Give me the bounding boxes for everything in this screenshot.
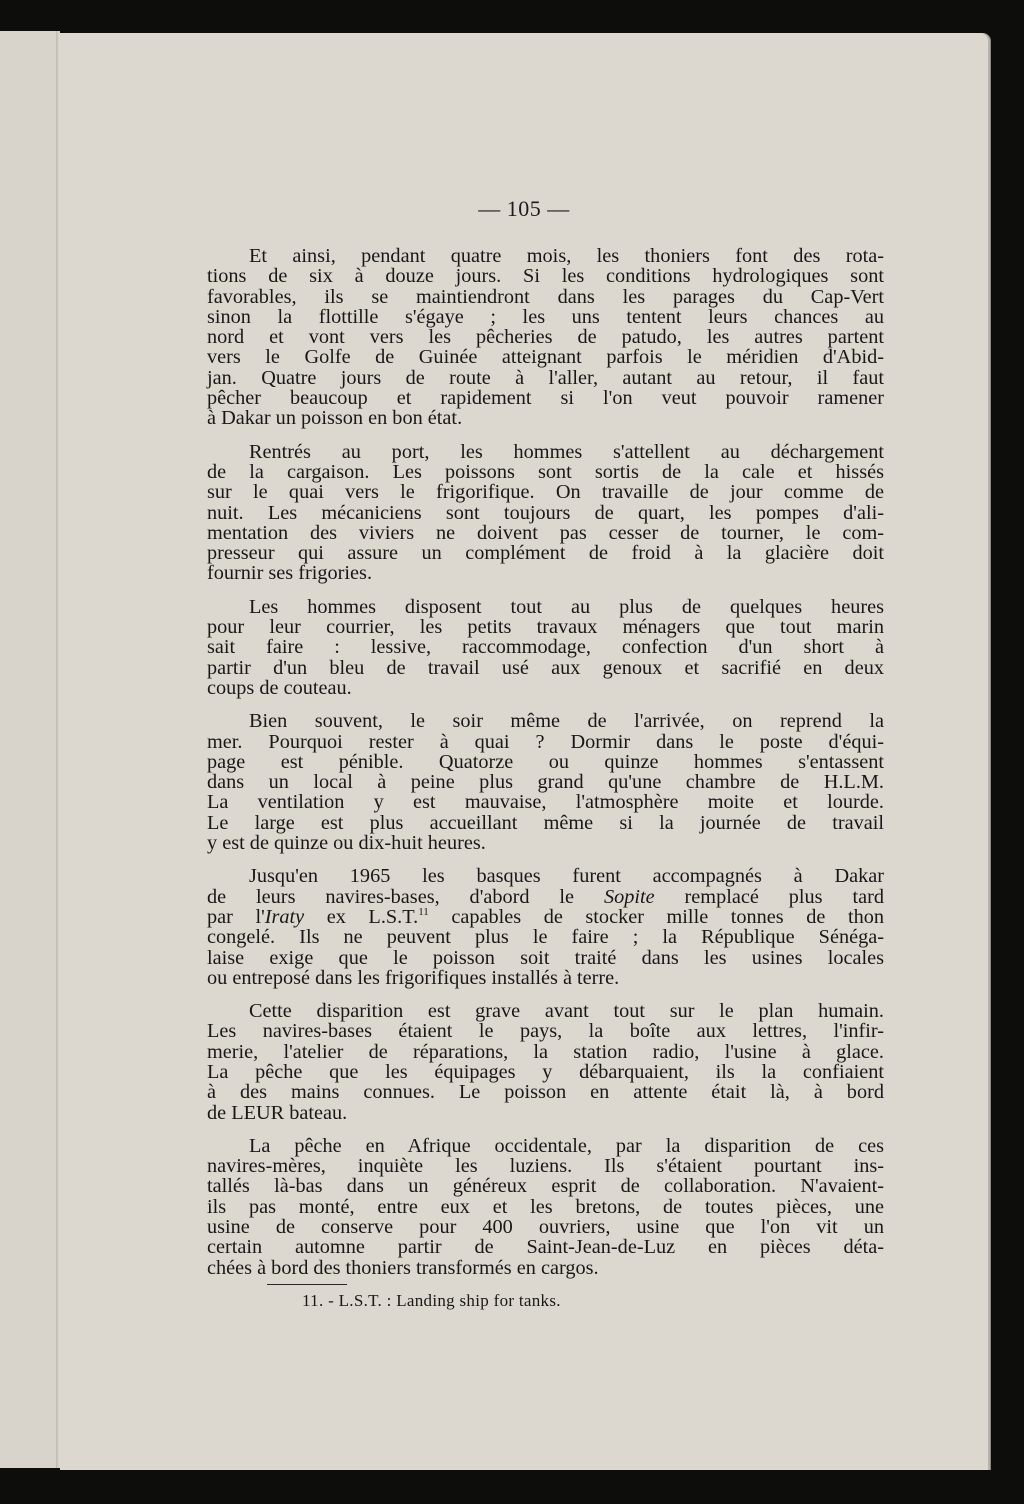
- text-line: nuit. Les mécaniciens sont toujours de q…: [207, 503, 884, 523]
- text-line: à Dakar un poisson en bon état.: [207, 408, 884, 428]
- text-line: laise exige que le poisson soit traité d…: [207, 948, 884, 968]
- paragraph-4: Bien souvent, le soir même de l'arrivée,…: [207, 711, 884, 853]
- text-line: page est pénible. Quatorze ou quinze hom…: [207, 752, 884, 772]
- paragraph-2: Rentrés au port, les hommes s'attellent …: [207, 442, 884, 584]
- text-line: à des mains connues. Le poisson en atten…: [207, 1082, 884, 1102]
- text-line: de leurs navires-bases, d'abord le Sopit…: [207, 887, 884, 907]
- text-line: vers le Golfe de Guinée atteignant parfo…: [207, 347, 884, 367]
- text-line: La pêche en Afrique occidentale, par la …: [207, 1136, 884, 1156]
- paragraph-5: Jusqu'en 1965 les basques furent accompa…: [207, 866, 884, 988]
- text-line: dans un local à peine plus grand qu'une …: [207, 772, 884, 792]
- text-line: Rentrés au port, les hommes s'attellent …: [207, 442, 884, 462]
- text-line: pour leur courrier, les petits travaux m…: [207, 617, 884, 637]
- paragraph-3: Les hommes disposent tout au plus de que…: [207, 597, 884, 698]
- footnote-reference: 11: [418, 906, 429, 918]
- text-line: Cette disparition est grave avant tout s…: [207, 1001, 884, 1021]
- body-text: Et ainsi, pendant quatre mois, les thoni…: [207, 246, 884, 1291]
- text-line: de LEUR bateau.: [207, 1103, 884, 1123]
- text-line: navires-mères, inquiète les luziens. Ils…: [207, 1156, 884, 1176]
- text-line: fournir ses frigories.: [207, 563, 884, 583]
- text-line: sinon la flottille s'égaye ; les uns ten…: [207, 307, 884, 327]
- text-line: y est de quinze ou dix-huit heures.: [207, 833, 884, 853]
- page-number: — 105 —: [60, 196, 988, 222]
- text-line: Le large est plus accueillant même si la…: [207, 813, 884, 833]
- text-line: mentation des viviers ne doivent pas ces…: [207, 523, 884, 543]
- text-line: Jusqu'en 1965 les basques furent accompa…: [207, 866, 884, 886]
- text-line: presseur qui assure un complément de fro…: [207, 543, 884, 563]
- text-line: sait faire : lessive, raccommodage, conf…: [207, 637, 884, 657]
- footnote: 11. - L.S.T. : Landing ship for tanks.: [302, 1291, 561, 1311]
- text-line: certain automne partir de Saint-Jean-de-…: [207, 1237, 884, 1257]
- text-line: coups de couteau.: [207, 678, 884, 698]
- paragraph-1: Et ainsi, pendant quatre mois, les thoni…: [207, 246, 884, 429]
- text-line: usine de conserve pour 400 ouvriers, usi…: [207, 1217, 884, 1237]
- book-page: — 105 — Et ainsi, pendant quatre mois, l…: [60, 33, 988, 1470]
- text-line: mer. Pourquoi rester à quai ? Dormir dan…: [207, 732, 884, 752]
- text-line: Les navires-bases étaient le pays, la bo…: [207, 1021, 884, 1041]
- text-line: favorables, ils se maintiendront dans le…: [207, 287, 884, 307]
- text-line: ou entreposé dans les frigorifiques inst…: [207, 968, 884, 988]
- text-line: tions de six à douze jours. Si les condi…: [207, 266, 884, 286]
- text-line: tallés là-bas dans un généreux esprit de…: [207, 1176, 884, 1196]
- text-line: partir d'un bleu de travail usé aux geno…: [207, 658, 884, 678]
- text-line: congelé. Ils ne peuvent plus le faire ; …: [207, 927, 884, 947]
- text-line: pêcher beaucoup et rapidement si l'on ve…: [207, 388, 884, 408]
- facing-page-edge: [0, 31, 60, 1468]
- ship-name-sopite: Sopite: [604, 886, 655, 908]
- text-line: merie, l'atelier de réparations, la stat…: [207, 1042, 884, 1062]
- text-line: ils pas monté, entre eux et les bretons,…: [207, 1197, 884, 1217]
- text-line: jan. Quatre jours de route à l'aller, au…: [207, 368, 884, 388]
- text-line: La ventilation y est mauvaise, l'atmosph…: [207, 792, 884, 812]
- paragraph-6: Cette disparition est grave avant tout s…: [207, 1001, 884, 1123]
- text-line: par l'Iraty ex L.S.T.11 capables de stoc…: [207, 907, 884, 927]
- text-line: sur le quai vers le frigorifique. On tra…: [207, 482, 884, 502]
- footnote-separator: [267, 1284, 347, 1285]
- text-line: chées à bord des thoniers transformés en…: [207, 1258, 884, 1278]
- text-line: Les hommes disposent tout au plus de que…: [207, 597, 884, 617]
- text-line: Bien souvent, le soir même de l'arrivée,…: [207, 711, 884, 731]
- ship-name-iraty: Iraty: [265, 906, 304, 928]
- text-line: nord et vont vers les pêcheries de patud…: [207, 327, 884, 347]
- text-line: Et ainsi, pendant quatre mois, les thoni…: [207, 246, 884, 266]
- text-line: La pêche que les équipages y débarquaien…: [207, 1062, 884, 1082]
- paragraph-7: La pêche en Afrique occidentale, par la …: [207, 1136, 884, 1278]
- text-line: de la cargaison. Les poissons sont sorti…: [207, 462, 884, 482]
